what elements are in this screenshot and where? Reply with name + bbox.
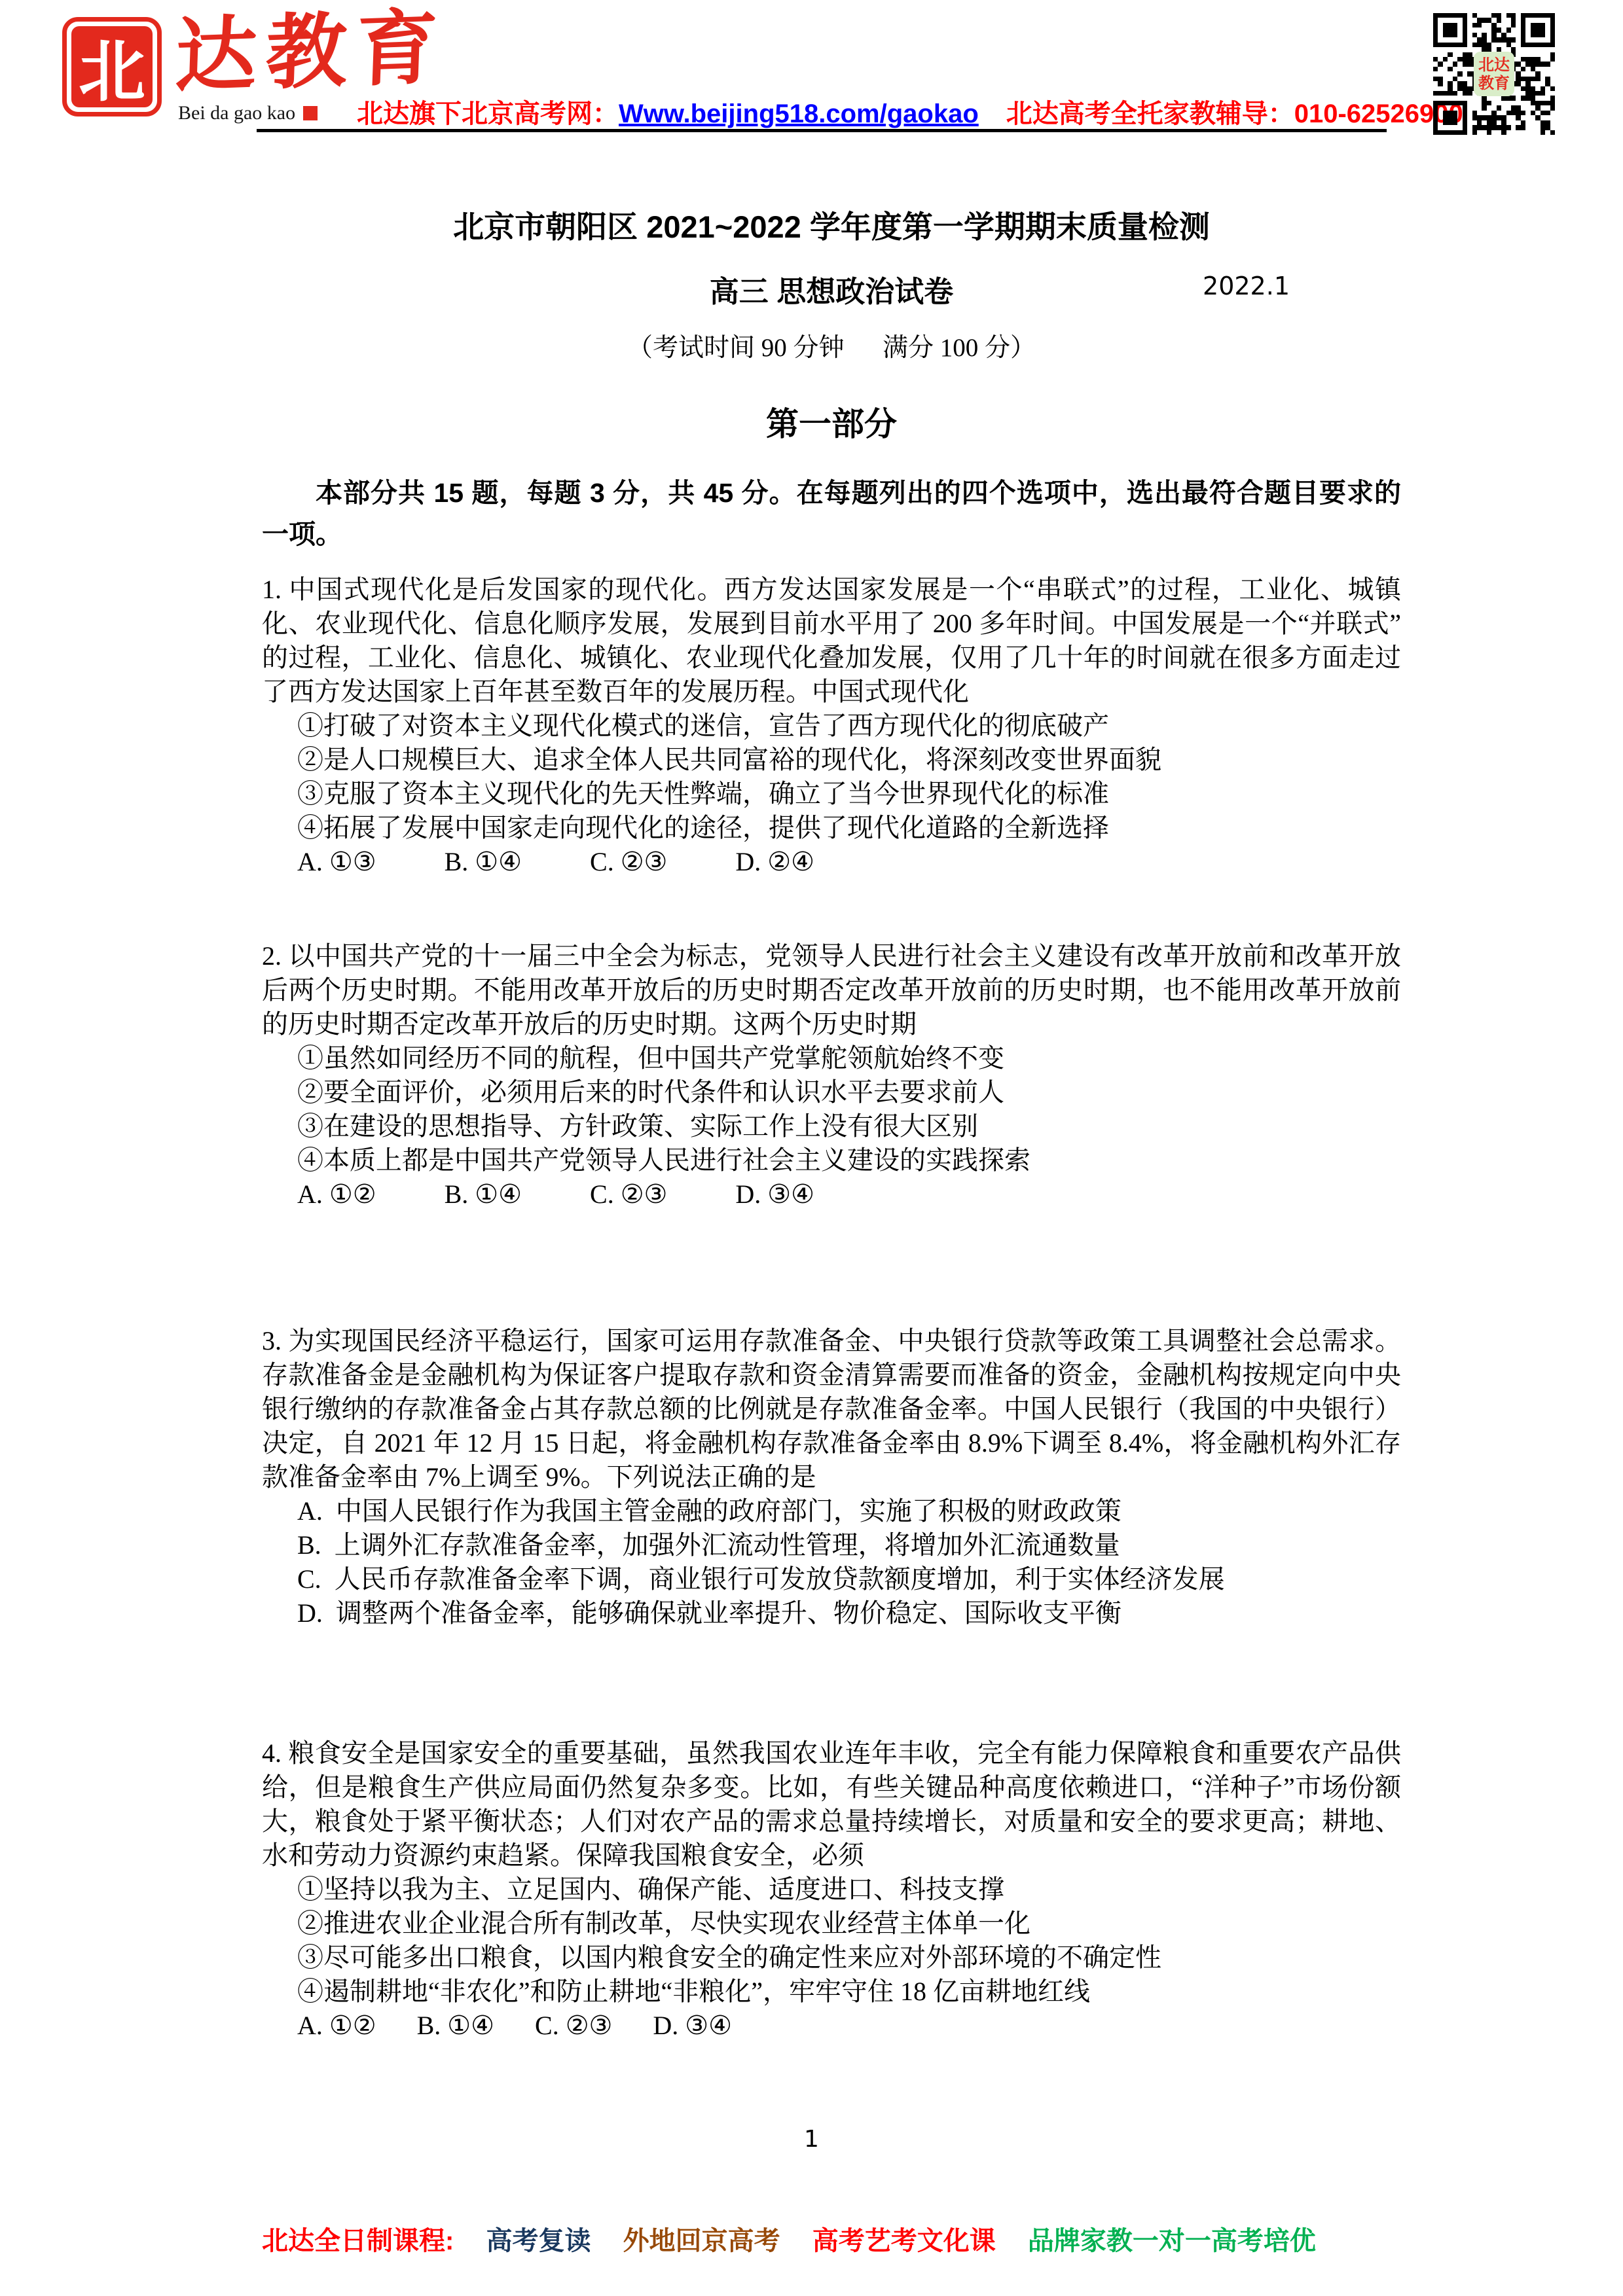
question-4-choice-c: C. ②③ xyxy=(535,2009,612,2043)
question-2-choice-d: D. ③④ xyxy=(735,1177,814,1211)
question-4-choices: A. ①② B. ①④ C. ②③ D. ③④ xyxy=(262,2009,1401,2043)
question-4-item-4: ④遏制耕地“非农化”和防止耕地“非粮化”，牢牢守住 18 亿亩耕地红线 xyxy=(262,1975,1401,2009)
exam-title: 北京市朝阳区 2021~2022 学年度第一学期期末质量检测 xyxy=(262,203,1401,247)
question-1-item-2: ②是人口规模巨大、追求全体人民共同富裕的现代化，将深刻改变世界面貌 xyxy=(262,743,1401,777)
question-4: 4. 粮食安全是国家安全的重要基础，虽然我国农业连年丰收，完全有能力保障粮食和重… xyxy=(262,1736,1401,2043)
brand-pinyin-text: Bei da gao kao xyxy=(178,102,295,124)
site-label: 北达旗下北京高考网： xyxy=(357,99,619,128)
brand-pinyin: Bei da gao kao xyxy=(178,102,318,124)
qr-label-line1: 北达 xyxy=(1478,56,1510,74)
question-4-item-3: ③尽可能多出口粮食，以国内粮食安全的确定性来应对外部环境的不确定性 xyxy=(262,1941,1401,1975)
header-divider xyxy=(257,129,1387,132)
document-body: 北京市朝阳区 2021~2022 学年度第一学期期末质量检测 高三 思想政治试卷… xyxy=(262,157,1401,2043)
question-4-choice-b: B. ①④ xyxy=(417,2009,494,2043)
question-2-choices: A. ①② B. ①④ C. ②③ D. ③④ xyxy=(262,1177,1401,1211)
question-1-choice-a: A. ①③ xyxy=(297,845,376,879)
question-3-option-c: C. 人民币存款准备金率下调，商业银行可发放贷款额度增加，利于实体经济发展 xyxy=(262,1562,1401,1596)
qr-code: 北达 教育 xyxy=(1433,13,1555,135)
question-2-item-4: ④本质上都是中国共产党领导人民进行社会主义建设的实践探索 xyxy=(262,1143,1401,1177)
seal-character: 北 xyxy=(71,26,153,107)
question-4-item-1: ①坚持以我为主、立足国内、确保产能、适度进口、科技支撑 xyxy=(262,1873,1401,1907)
question-2-choice-b: B. ①④ xyxy=(445,1177,522,1211)
question-2-item-1: ①虽然如同经历不同的航程，但中国共产党掌舵领航始终不变 xyxy=(262,1041,1401,1075)
exam-subtitle-row: 高三 思想政治试卷 2022.1 xyxy=(262,268,1401,310)
brand-calligraphy-text: 达教育 xyxy=(174,3,448,102)
question-2: 2. 以中国共产党的十一届三中全会为标志，党领导人民进行社会主义建设有改革开放前… xyxy=(262,939,1401,1211)
question-1-item-4: ④拓展了发展中国家走向现代化的途径，提供了现代化道路的全新选择 xyxy=(262,811,1401,845)
question-3-stem: 3. 为实现国民经济平稳运行，国家可运用存款准备金、中央银行贷款等政策工具调整社… xyxy=(262,1324,1401,1494)
page-number: 1 xyxy=(0,2126,1623,2153)
exam-meta: （考试时间 90 分钟 满分 100 分） xyxy=(262,327,1401,364)
question-4-stem: 4. 粮食安全是国家安全的重要基础，虽然我国农业连年丰收，完全有能力保障粮食和重… xyxy=(262,1736,1401,1873)
question-2-item-3: ③在建设的思想指导、方针政策、实际工作上没有很大区别 xyxy=(262,1109,1401,1143)
part-one-heading: 第一部分 xyxy=(262,398,1401,445)
beida-seal-logo: 北 xyxy=(62,17,162,117)
exam-paper-page: 北 达教育 Bei da gao kao 北达旗下北京高考网：Www.beiji… xyxy=(0,0,1623,2296)
footer-segment-yikao: 高考艺考文化课 xyxy=(812,2227,996,2255)
question-1-choices: A. ①③ B. ①④ C. ②③ D. ②④ xyxy=(262,845,1401,879)
question-3-option-a: A. 中国人民银行作为我国主管金融的政府部门，实施了积极的财政政策 xyxy=(262,1494,1401,1528)
question-3-option-b: B. 上调外汇存款准备金率，加强外汇流动性管理，将增加外汇流通数量 xyxy=(262,1528,1401,1562)
question-3: 3. 为实现国民经济平稳运行，国家可运用存款准备金、中央银行贷款等政策工具调整社… xyxy=(262,1324,1401,1630)
question-3-option-d: D. 调整两个准备金率，能够确保就业率提升、物价稳定、国际收支平衡 xyxy=(262,1596,1401,1630)
question-1-item-3: ③克服了资本主义现代化的先天性弊端，确立了当今世界现代化的标准 xyxy=(262,777,1401,811)
qr-label-line2: 教育 xyxy=(1478,74,1510,92)
gaokao-site-link[interactable]: Www.beijing518.com/gaokao xyxy=(619,99,979,128)
qr-center-label: 北达 教育 xyxy=(1474,52,1514,96)
question-4-choice-a: A. ①② xyxy=(297,2009,376,2043)
question-1-choice-b: B. ①④ xyxy=(445,845,522,879)
footer-segment-huijing: 外地回京高考 xyxy=(623,2227,780,2255)
question-4-item-2: ②推进农业企业混合所有制改革，尽快实现农业经营主体单一化 xyxy=(262,1907,1401,1941)
footer-segment-courses: 北达全日制课程: xyxy=(262,2227,454,2255)
red-square-icon xyxy=(303,106,318,120)
question-1-choice-c: C. ②③ xyxy=(590,845,667,879)
part-one-instructions: 本部分共 15 题，每题 3 分，共 45 分。在每题列出的四个选项中，选出最符… xyxy=(262,473,1401,556)
question-2-choice-c: C. ②③ xyxy=(590,1177,667,1211)
question-1: 1. 中国式现代化是后发国家的现代化。西方发达国家发展是一个“串联式”的过程，工… xyxy=(262,573,1401,879)
footer-segment-jiajiao: 品牌家教一对一高考培优 xyxy=(1028,2227,1316,2255)
question-4-choice-d: D. ③④ xyxy=(653,2009,732,2043)
question-1-choice-d: D. ②④ xyxy=(735,845,814,879)
question-2-choice-a: A. ①② xyxy=(297,1177,376,1211)
tutor-label: 北达高考全托家教辅导： xyxy=(1006,99,1294,128)
footer-segment-fudu: 高考复读 xyxy=(486,2227,591,2255)
question-1-stem: 1. 中国式现代化是后发国家的现代化。西方发达国家发展是一个“串联式”的过程，工… xyxy=(262,573,1401,709)
question-1-item-1: ①打破了对资本主义现代化模式的迷信，宣告了西方现代化的彻底破产 xyxy=(262,709,1401,743)
exam-subject: 高三 思想政治试卷 xyxy=(710,275,954,308)
question-2-stem: 2. 以中国共产党的十一届三中全会为标志，党领导人民进行社会主义建设有改革开放前… xyxy=(262,939,1401,1041)
question-2-item-2: ②要全面评价，必须用后来的时代条件和认识水平去要求前人 xyxy=(262,1075,1401,1109)
footer-promo: 北达全日制课程: 高考复读 外地回京高考 高考艺考文化课 品牌家教一对一高考培优 xyxy=(262,2220,1341,2257)
header-tagline: 北达旗下北京高考网：Www.beijing518.com/gaokao北达高考全… xyxy=(357,93,1463,130)
exam-date: 2022.1 xyxy=(1203,272,1290,300)
